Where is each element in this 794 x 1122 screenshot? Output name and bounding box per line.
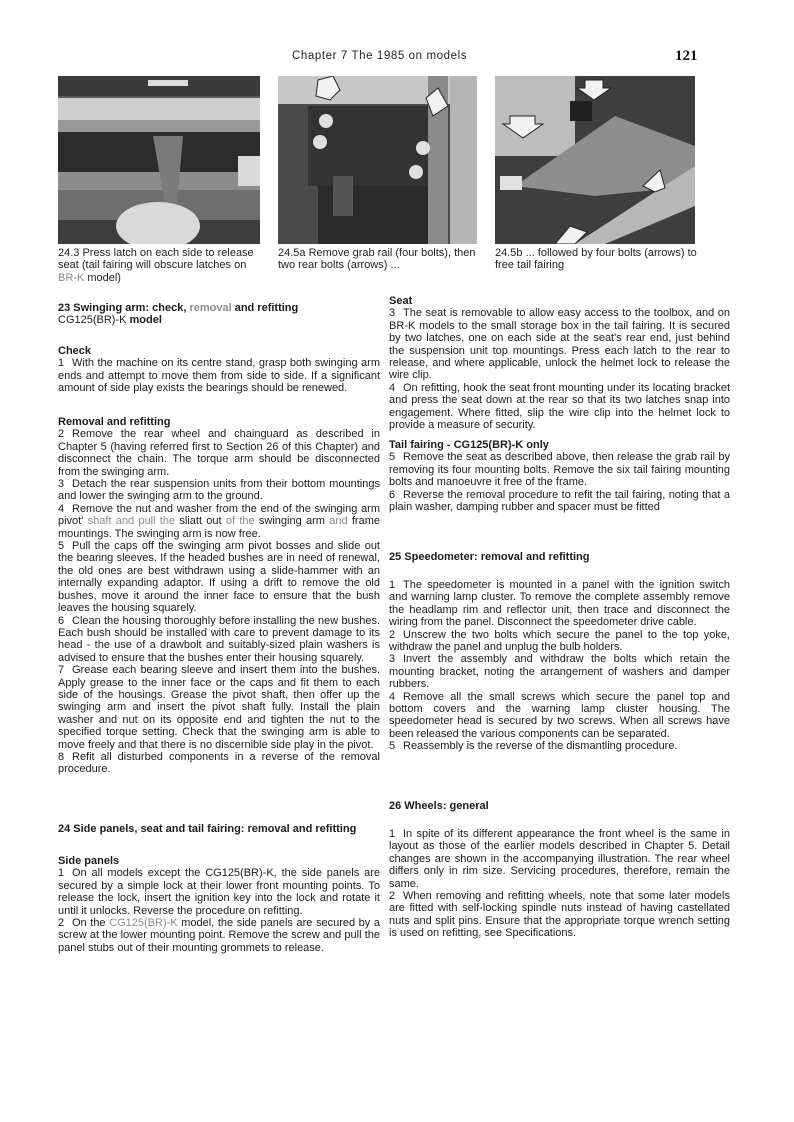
subheading-side-panels: Side panels bbox=[58, 855, 380, 867]
figure-caption-24-5b: 24.5b ... followed by four bolts (arrows… bbox=[495, 247, 700, 272]
para-number: 2 bbox=[389, 629, 403, 641]
paragraph: 4On refitting, hook the seat front mount… bbox=[389, 382, 730, 432]
para-text: Grease each bearing sleeve and insert th… bbox=[58, 664, 380, 750]
para-text-faint: CG125(BR)-K bbox=[109, 917, 177, 929]
paragraph: 3Detach the rear suspension units from t… bbox=[58, 478, 380, 503]
para-text: When removing and refitting wheels, note… bbox=[389, 890, 730, 939]
para-text: Remove the seat as described above, then… bbox=[389, 451, 730, 488]
running-header: Chapter 7 The 1985 on models bbox=[292, 50, 467, 62]
section-25: 25 Speedometer: removal and refitting bbox=[389, 551, 730, 563]
para-text: Reverse the removal procedure to refit t… bbox=[389, 489, 730, 513]
paragraph: 4Remove the nut and washer from the end … bbox=[58, 503, 380, 540]
para-text: Remove the rear wheel and chainguard as … bbox=[58, 428, 380, 477]
para-text: On all models except the CG125(BR)-K, th… bbox=[58, 867, 380, 916]
caption-text-faint: BR-K bbox=[58, 272, 84, 284]
para-text: Clean the housing thoroughly before inst… bbox=[58, 615, 380, 664]
paragraph: 6Clean the housing thoroughly before ins… bbox=[58, 615, 380, 665]
paragraph: 1The speedometer is mounted in a panel w… bbox=[389, 579, 730, 629]
seat-block: Seat 3The seat is removable to allow eas… bbox=[389, 295, 730, 431]
caption-text: model) bbox=[84, 272, 121, 284]
para-text: Reassembly is the reverse of the dismant… bbox=[403, 740, 678, 752]
figure-caption-24-5a: 24.5a Remove grab rail (four bolts), the… bbox=[278, 247, 480, 272]
para-number: 2 bbox=[58, 917, 72, 929]
paragraph: 6Reverse the removal procedure to refit … bbox=[389, 489, 730, 514]
para-text-faint: of the bbox=[226, 515, 255, 527]
paragraph: 8Refit all disturbed components in a rev… bbox=[58, 751, 380, 776]
para-number: 3 bbox=[389, 307, 403, 319]
para-number: 5 bbox=[389, 740, 403, 752]
subheading-check: Check bbox=[58, 345, 380, 357]
caption-text: 24.3 Press latch on each side to release… bbox=[58, 247, 254, 271]
para-text: Invert the assembly and withdraw the bol… bbox=[389, 653, 730, 690]
page-number: 121 bbox=[675, 48, 698, 65]
section-25-body: 1The speedometer is mounted in a panel w… bbox=[389, 579, 730, 753]
photo-tail-fairing-bolts-icon bbox=[495, 76, 695, 244]
para-number: 1 bbox=[58, 357, 72, 369]
para-text: The speedometer is mounted in a panel wi… bbox=[389, 579, 730, 628]
section-title-24: 24 Side panels, seat and tail fairing: r… bbox=[58, 823, 380, 835]
section-title-25: 25 Speedometer: removal and refitting bbox=[389, 551, 730, 563]
section-26: 26 Wheels: general bbox=[389, 800, 730, 812]
paragraph: 2Unscrew the two bolts which secure the … bbox=[389, 629, 730, 654]
para-text: Remove all the small screws which secure… bbox=[389, 691, 730, 740]
para-number: 4 bbox=[389, 691, 403, 703]
para-number: 6 bbox=[389, 489, 403, 501]
para-number: 2 bbox=[389, 890, 403, 902]
photo-grab-rail-bolts-icon bbox=[278, 76, 477, 244]
subtitle-model: CG125(BR)-K bbox=[58, 314, 126, 326]
para-number: 4 bbox=[389, 382, 403, 394]
para-number: 5 bbox=[389, 451, 403, 463]
para-text: On the bbox=[72, 917, 109, 929]
para-text: On refitting, hook the seat front mounti… bbox=[389, 382, 730, 431]
para-text: Unscrew the two bolts which secure the p… bbox=[389, 629, 730, 653]
para-text: sliatt out bbox=[175, 515, 226, 527]
title-text: 23 Swinging arm: check, bbox=[58, 302, 189, 314]
paragraph: 2On the CG125(BR)-K model, the side pane… bbox=[58, 917, 380, 954]
section-26-body: 1In spite of its different appearance th… bbox=[389, 828, 730, 940]
left-column: 23 Swinging arm: check, removal and refi… bbox=[58, 302, 380, 327]
section-title-23: 23 Swinging arm: check, removal and refi… bbox=[58, 302, 380, 314]
tail-fairing-block: Tail fairing - CG125(BR)-K only 5Remove … bbox=[389, 439, 730, 513]
para-text: Refit all disturbed components in a reve… bbox=[58, 751, 380, 775]
subheading-tail-fairing: Tail fairing - CG125(BR)-K only bbox=[389, 439, 730, 451]
para-number: 3 bbox=[389, 653, 403, 665]
para-text: In spite of its different appearance the… bbox=[389, 828, 730, 890]
section-24: 24 Side panels, seat and tail fairing: r… bbox=[58, 823, 380, 835]
paragraph: 3Invert the assembly and withdraw the bo… bbox=[389, 653, 730, 690]
paragraph: 2Remove the rear wheel and chainguard as… bbox=[58, 428, 380, 478]
subheading-removal: Removal and refitting bbox=[58, 416, 380, 428]
para-number: 6 bbox=[58, 615, 72, 627]
para-number: 7 bbox=[58, 664, 72, 676]
paragraph: 5Remove the seat as described above, the… bbox=[389, 451, 730, 488]
para-text: Pull the caps off the swinging arm pivot… bbox=[58, 540, 380, 614]
para-number: 5 bbox=[58, 540, 72, 552]
section-subtitle-23: CG125(BR)-K model bbox=[58, 314, 380, 326]
para-text: Detach the rear suspension units from th… bbox=[58, 478, 380, 502]
para-text: swinging arm bbox=[255, 515, 330, 527]
para-number: 1 bbox=[58, 867, 72, 879]
subtitle-rest: model bbox=[126, 314, 161, 326]
paragraph: 7Grease each bearing sleeve and insert t… bbox=[58, 664, 380, 751]
subheading-seat: Seat bbox=[389, 295, 730, 307]
para-number: 1 bbox=[389, 579, 403, 591]
paragraph: 1With the machine on its centre stand, g… bbox=[58, 357, 380, 394]
title-text: and refitting bbox=[232, 302, 299, 314]
check-block: Check 1With the machine on its centre st… bbox=[58, 345, 380, 395]
figure-caption-24-3: 24.3 Press latch on each side to release… bbox=[58, 247, 263, 284]
side-panels-block: Side panels 1On all models except the CG… bbox=[58, 855, 380, 954]
para-number: 4 bbox=[58, 503, 72, 515]
paragraph: 1On all models except the CG125(BR)-K, t… bbox=[58, 867, 380, 917]
para-text-faint: and bbox=[329, 515, 347, 527]
para-text: The seat is removable to allow easy acce… bbox=[389, 307, 730, 381]
paragraph: 4Remove all the small screws which secur… bbox=[389, 691, 730, 741]
paragraph: 3The seat is removable to allow easy acc… bbox=[389, 307, 730, 381]
photo-seat-latch-icon bbox=[58, 76, 260, 244]
paragraph: 5Pull the caps off the swinging arm pivo… bbox=[58, 540, 380, 614]
para-text: With the machine on its centre stand, gr… bbox=[58, 357, 380, 394]
section-title-26: 26 Wheels: general bbox=[389, 800, 730, 812]
paragraph: 1In spite of its different appearance th… bbox=[389, 828, 730, 890]
para-number: 1 bbox=[389, 828, 403, 840]
para-number: 2 bbox=[58, 428, 72, 440]
paragraph: 2When removing and refitting wheels, not… bbox=[389, 890, 730, 940]
removal-block: Removal and refitting 2Remove the rear w… bbox=[58, 416, 380, 776]
title-text-faint: removal bbox=[189, 302, 231, 314]
paragraph: 5Reassembly is the reverse of the disman… bbox=[389, 740, 730, 752]
para-number: 3 bbox=[58, 478, 72, 490]
para-text-faint: shaft and pull the bbox=[88, 515, 175, 527]
para-number: 8 bbox=[58, 751, 72, 763]
